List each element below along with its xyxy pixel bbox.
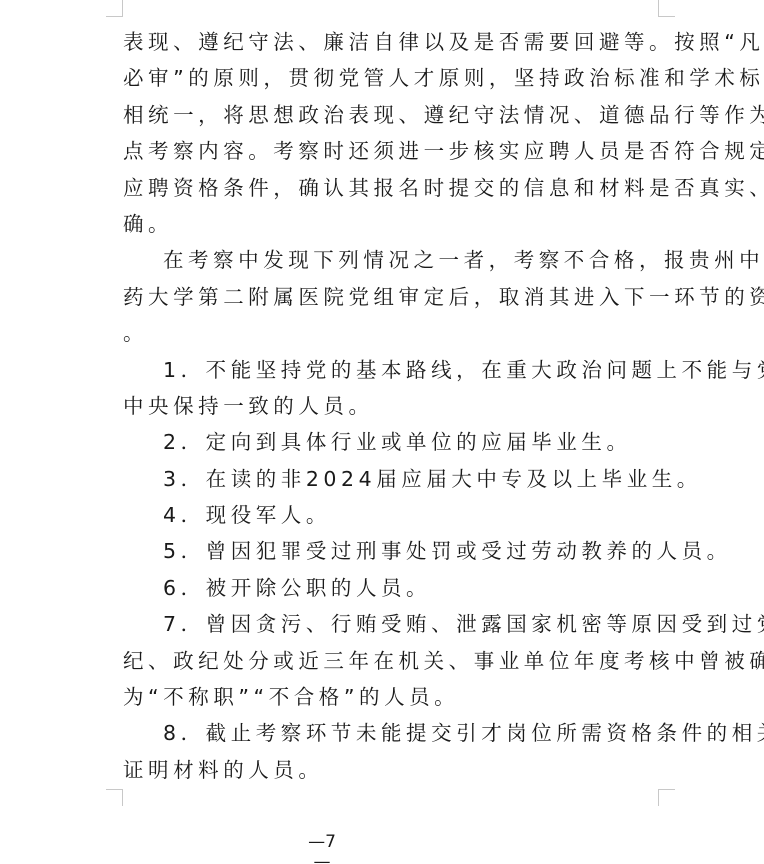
paragraph-disqualification-intro: 在考察中发现下列情况之一者，考察不合格，报贵州中医 药大学第二附属医院党组审定后… xyxy=(123,242,653,351)
text-line: 8．截止考察环节未能提交引才岗位所需资格条件的相关 xyxy=(123,715,653,751)
list-item-1: 1．不能坚持党的基本路线，在重大政治问题上不能与党 中央保持一致的人员。 xyxy=(123,352,653,425)
list-item-4: 4．现役军人。 xyxy=(123,497,653,533)
text-line: 7．曾因贪污、行贿受贿、泄露国家机密等原因受到过党 xyxy=(123,606,653,642)
list-item-3: 3．在读的非2024届应届大中专及以上毕业生。 xyxy=(123,461,653,497)
list-item-8: 8．截止考察环节未能提交引才岗位所需资格条件的相关 证明材料的人员。 xyxy=(123,715,653,788)
margin-corner-mark-top-right xyxy=(658,0,675,17)
document-page: 表现、遵纪守法、廉洁自律以及是否需要回避等。按照“凡进 必审”的原则，贯彻党管人… xyxy=(0,0,764,864)
text-line: 2．定向到具体行业或单位的应届毕业生。 xyxy=(123,424,653,460)
list-item-5: 5．曾因犯罪受过刑事处罚或受过劳动教养的人员。 xyxy=(123,533,653,569)
paragraph-inspection-content: 表现、遵纪守法、廉洁自律以及是否需要回避等。按照“凡进 必审”的原则，贯彻党管人… xyxy=(123,24,653,242)
text-line: 必审”的原则，贯彻党管人才原则，坚持政治标准和学术标准 xyxy=(123,60,653,96)
text-line: 确。 xyxy=(123,206,653,242)
margin-corner-mark-top-left xyxy=(106,0,123,17)
list-item-7: 7．曾因贪污、行贿受贿、泄露国家机密等原因受到过党 纪、政纪处分或近三年在机关、… xyxy=(123,606,653,715)
text-line: 。 xyxy=(123,315,653,351)
document-body: 表现、遵纪守法、廉洁自律以及是否需要回避等。按照“凡进 必审”的原则，贯彻党管人… xyxy=(123,24,653,788)
text-line: 点考察内容。考察时还须进一步核实应聘人员是否符合规定的 xyxy=(123,133,653,169)
text-line: 表现、遵纪守法、廉洁自律以及是否需要回避等。按照“凡进 xyxy=(123,24,653,60)
text-line: 3．在读的非2024届应届大中专及以上毕业生。 xyxy=(123,461,653,497)
list-item-6: 6．被开除公职的人员。 xyxy=(123,570,653,606)
text-line: 药大学第二附属医院党组审定后，取消其进入下一环节的资格 xyxy=(123,279,653,315)
text-line: 5．曾因犯罪受过刑事处罚或受过劳动教养的人员。 xyxy=(123,533,653,569)
text-line: 为“不称职”“不合格”的人员。 xyxy=(123,679,653,715)
list-item-2: 2．定向到具体行业或单位的应届毕业生。 xyxy=(123,424,653,460)
text-line: 应聘资格条件，确认其报名时提交的信息和材料是否真实、准 xyxy=(123,170,653,206)
text-line: 在考察中发现下列情况之一者，考察不合格，报贵州中医 xyxy=(123,242,653,278)
margin-corner-mark-bottom-left xyxy=(106,789,123,806)
text-line: 6．被开除公职的人员。 xyxy=(123,570,653,606)
page-number: —7— xyxy=(300,832,344,864)
text-line: 证明材料的人员。 xyxy=(123,752,653,788)
text-line: 相统一，将思想政治表现、遵纪守法情况、道德品行等作为重 xyxy=(123,97,653,133)
text-line: 4．现役军人。 xyxy=(123,497,653,533)
text-line: 中央保持一致的人员。 xyxy=(123,388,653,424)
text-line: 1．不能坚持党的基本路线，在重大政治问题上不能与党 xyxy=(123,352,653,388)
margin-corner-mark-bottom-right xyxy=(658,789,675,806)
text-line: 纪、政纪处分或近三年在机关、事业单位年度考核中曾被确定 xyxy=(123,643,653,679)
